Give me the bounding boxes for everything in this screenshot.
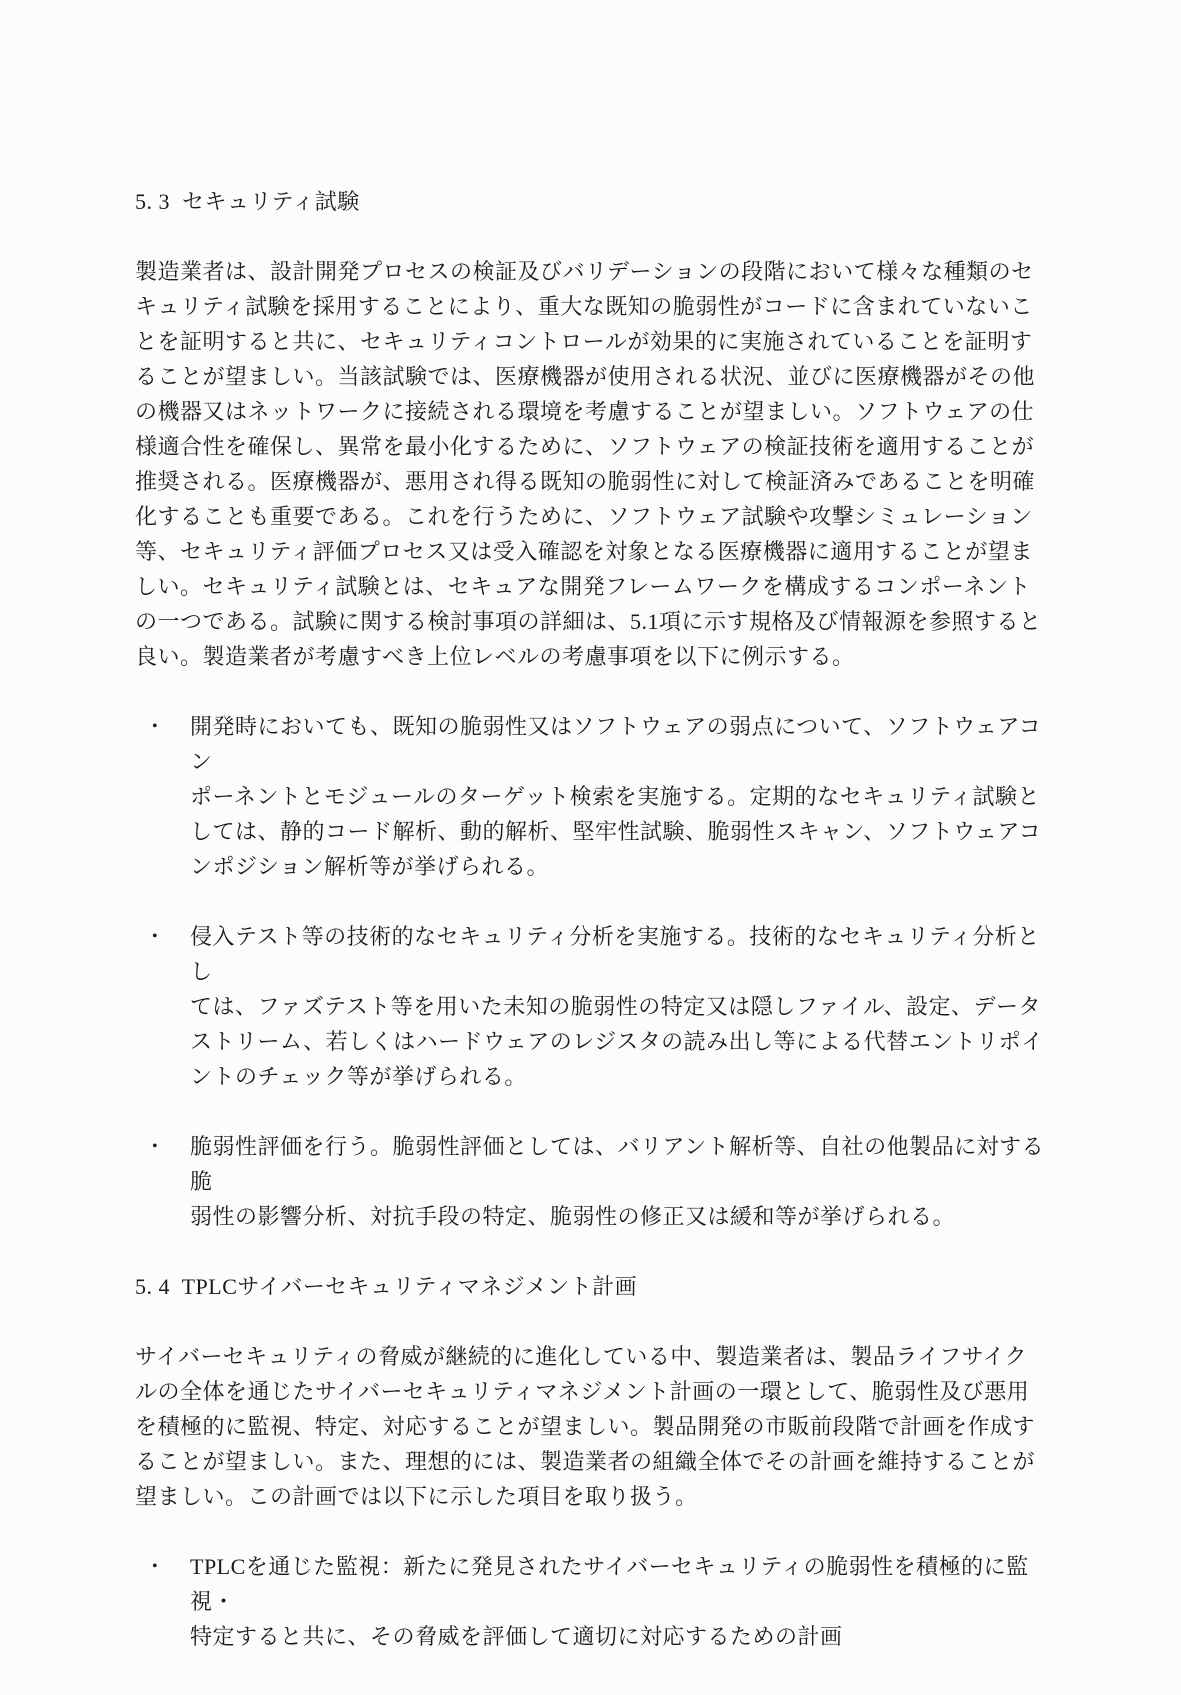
bullet-item-tplc-monitoring: • TPLCを通じた監視：新たに発見されたサイバーセキュリティの脆弱性を積極的に… [135, 1549, 1047, 1654]
bullet-dot-icon: • [135, 709, 190, 884]
bullet-text: 脆弱性評価を行う。脆弱性評価としては、バリアント解析等、自社の他製品に対する脆 … [190, 1129, 1047, 1234]
bullet-dot-icon: • [135, 919, 190, 1094]
bullet-item-vulnerability-assessment: • 脆弱性評価を行う。脆弱性評価としては、バリアント解析等、自社の他製品に対する… [135, 1129, 1047, 1234]
section-5-3-heading: 5. 3 セキュリティ試験 [135, 184, 1047, 219]
bullet-dot-icon: • [135, 1549, 190, 1654]
section-5-3-paragraph: 製造業者は、設計開発プロセスの検証及びバリデーションの段階において様々な種類のセ… [135, 254, 1047, 674]
section-5-4-paragraph: サイバーセキュリティの脅威が継続的に進化している中、製造業者は、製品ライフサイク… [135, 1339, 1047, 1514]
bullet-text: TPLCを通じた監視：新たに発見されたサイバーセキュリティの脆弱性を積極的に監視… [190, 1549, 1047, 1654]
bullet-item-penetration-test: • 侵入テスト等の技術的なセキュリティ分析を実施する。技術的なセキュリティ分析と… [135, 919, 1047, 1094]
document-page: 5. 3 セキュリティ試験 製造業者は、設計開発プロセスの検証及びバリデーション… [0, 0, 1181, 1695]
bullet-dot-icon: • [135, 1129, 190, 1234]
section-5-4-heading: 5. 4 TPLCサイバーセキュリティマネジメント計画 [135, 1269, 1047, 1304]
bullet-item-targeted-search: • 開発時においても、既知の脆弱性又はソフトウェアの弱点について、ソフトウェアコ… [135, 709, 1047, 884]
page-content: 5. 3 セキュリティ試験 製造業者は、設計開発プロセスの検証及びバリデーション… [135, 184, 1047, 1654]
bullet-text: 開発時においても、既知の脆弱性又はソフトウェアの弱点について、ソフトウェアコン … [190, 709, 1047, 884]
bullet-text: 侵入テスト等の技術的なセキュリティ分析を実施する。技術的なセキュリティ分析とし … [190, 919, 1047, 1094]
